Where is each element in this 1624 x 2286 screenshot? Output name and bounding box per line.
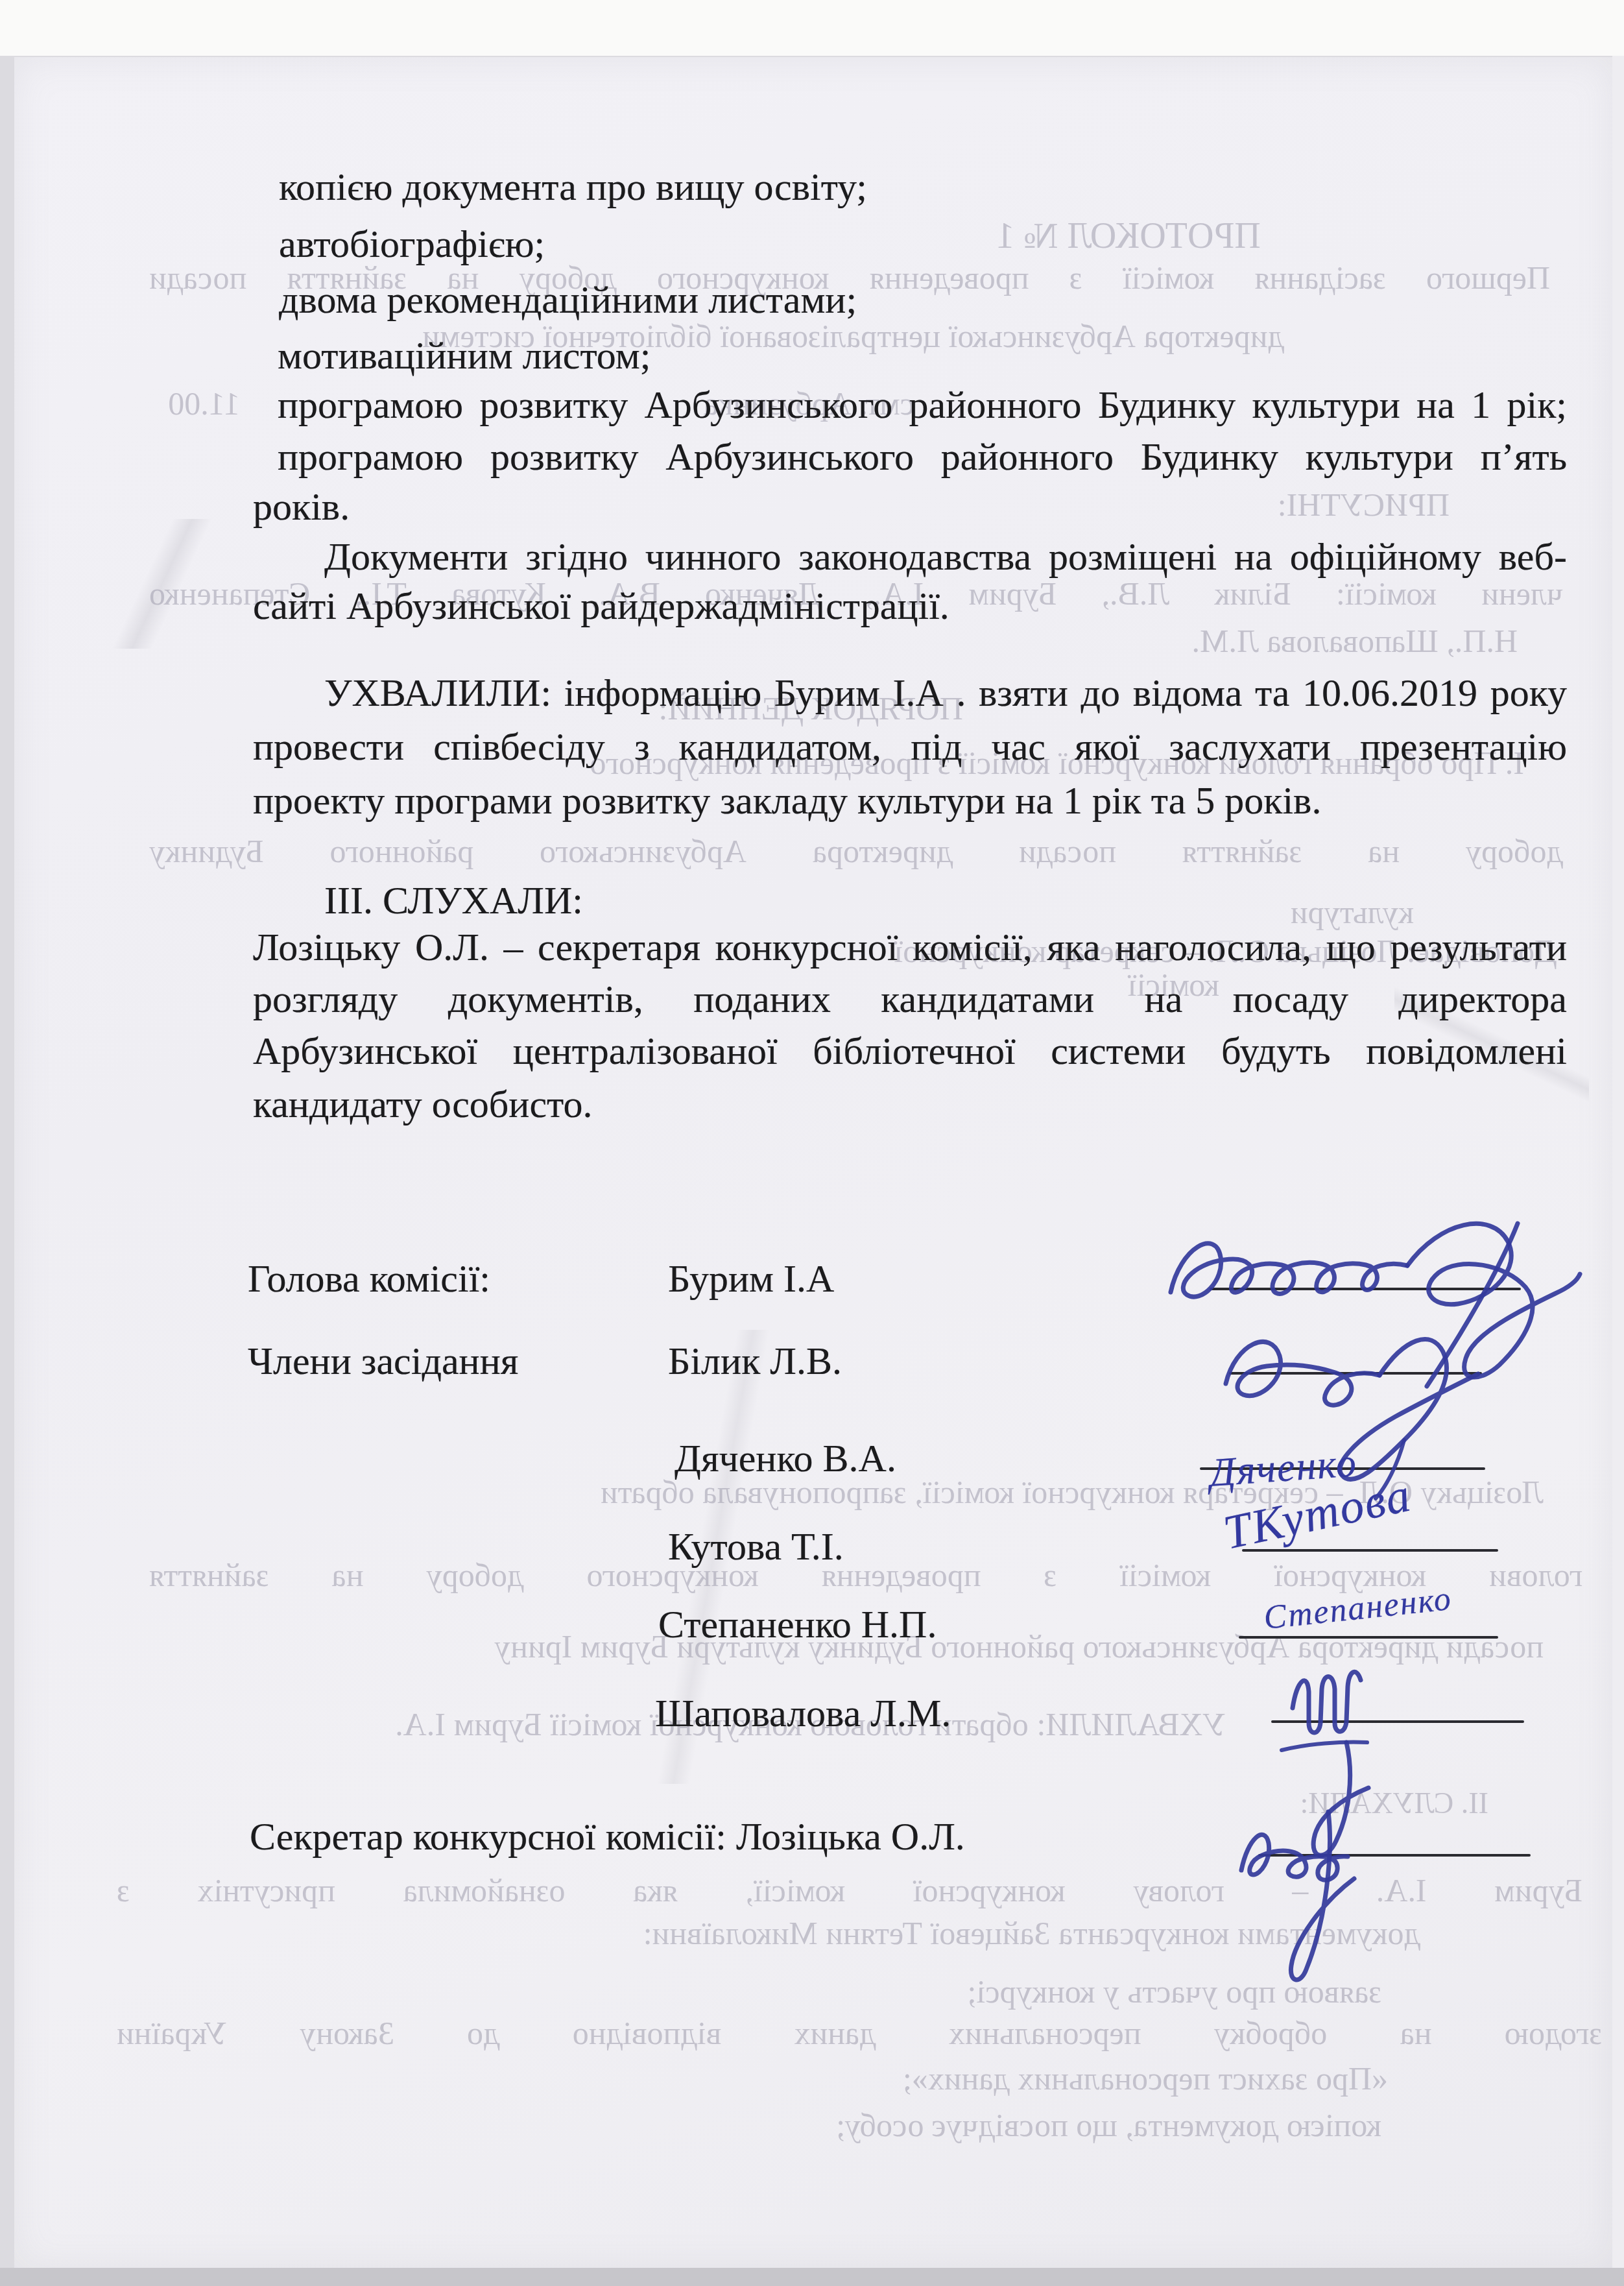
bleedthrough-line: копією документа, що посвідчує особу; <box>700 2106 1381 2145</box>
document-list-item: копією документа про вищу освіту; <box>279 163 867 210</box>
document-line: Лозіцьку О.Л. – секретаря конкурсної ком… <box>253 924 1567 970</box>
document-line: Арбузинської централізованої бібліотечно… <box>253 1028 1567 1074</box>
document-line: проекту програми розвитку закладу культу… <box>253 777 1321 824</box>
scanner-edge-bottom <box>0 2268 1624 2286</box>
document-list-item: мотиваційним листом; <box>278 332 651 379</box>
bleedthrough-line: ПРИСУТНІ: <box>1242 485 1450 524</box>
document-line: кандидату особисто. <box>253 1081 592 1127</box>
document-list-item: програмою розвитку Арбузинського районно… <box>278 381 1567 428</box>
scanner-edge-left <box>0 56 14 2268</box>
document-line: УХВАЛИЛИ: інформацію Бурим І.А . взяти д… <box>253 669 1567 716</box>
document-list-item: програмою розвитку Арбузинського районно… <box>278 433 1567 480</box>
document-line: розгляду документів, поданих кандидатами… <box>253 976 1567 1022</box>
document-line: провести співбесіду з кандидатом, під ча… <box>253 723 1567 770</box>
chair-label: Голова комісії: <box>248 1255 490 1302</box>
member-name: Шаповалова Л.М. <box>655 1690 951 1737</box>
section-heading-heard: ІІІ. СЛУХАЛИ: <box>324 877 583 924</box>
secretary-line: Секретар конкурсної комісії: Лозіцька О.… <box>250 1813 965 1860</box>
bleedthrough-line: 11.00 <box>130 384 240 423</box>
chair-name: Бурим І.А <box>668 1255 834 1302</box>
members-label: Члени засідання <box>248 1338 518 1384</box>
bleedthrough-line: Н.П., Шаповалова Л.М. <box>999 621 1518 660</box>
document-list-item: автобіографією; <box>279 221 545 267</box>
scanner-edge-right <box>1612 56 1624 2268</box>
signature-lozitska-ink <box>1227 1776 1383 1990</box>
bleedthrough-line: згодою на обробку персональних даних від… <box>117 2014 1602 2052</box>
bleedthrough-line: добору на зайняття посади директора Арбу… <box>149 832 1563 871</box>
bleedthrough-line: «Про захист персональних даних»; <box>830 2059 1388 2098</box>
document-list-item: двома рекомендаційними листами; <box>279 276 857 323</box>
document-line: сайті Арбузинської райдержадміністрації. <box>253 583 949 629</box>
signature-line <box>1239 1636 1498 1639</box>
document-line: років. <box>253 483 350 530</box>
member-name: Степаненко Н.П. <box>658 1601 937 1648</box>
member-name: Дяченко В.А. <box>675 1435 896 1482</box>
member-name: Білик Л.В. <box>668 1338 842 1384</box>
member-name: Кутова Т.І. <box>668 1523 844 1570</box>
scanned-protocol-page: ПРОТОКОЛ № 1 Першого засідання комісії з… <box>0 0 1624 2286</box>
document-line: Документи згідно чинного законодавства р… <box>253 533 1567 580</box>
bleedthrough-line: ПРОТОКОЛ № 1 <box>863 217 1394 256</box>
